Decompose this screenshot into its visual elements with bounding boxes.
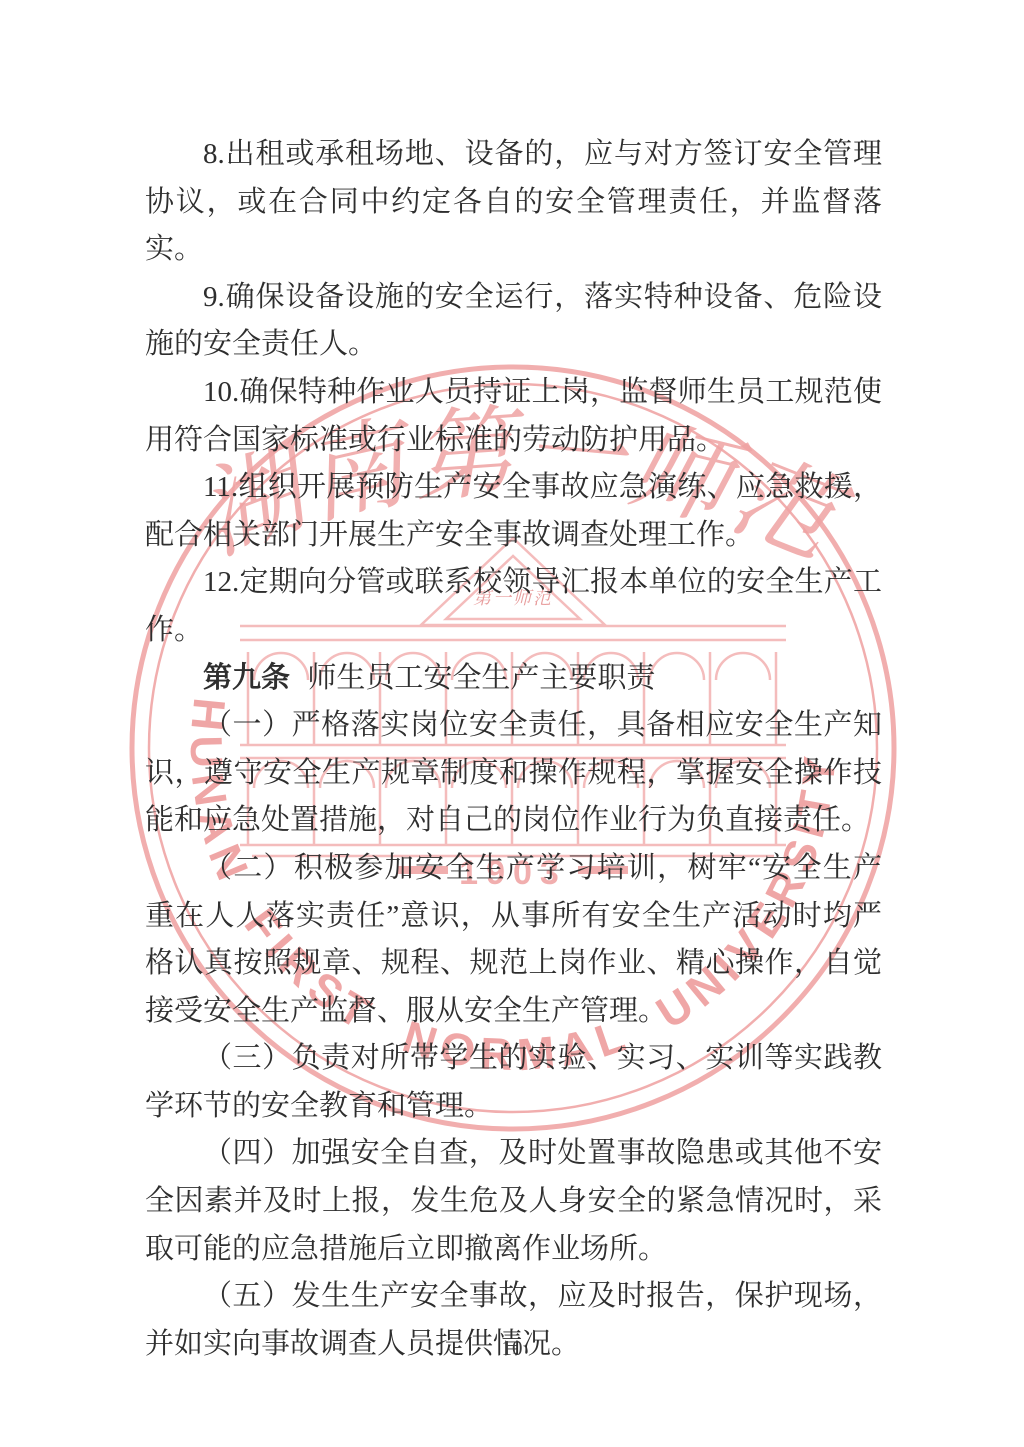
paragraph-sub-3: （三）负责对所带学生的实验、实习、实训等实践教学环节的安全教育和管理。 xyxy=(145,1035,882,1130)
paragraph-item-12: 12.定期向分管或联系校领导汇报本单位的安全生产工作。 xyxy=(145,559,882,654)
article-title-text: 师生员工安全生产主要职责 xyxy=(307,662,655,694)
paragraph-text: 9.确保设备设施的安全运行，落实特种设备、危险设施的安全责任人。 xyxy=(145,281,882,361)
document-body: 8.出租或承租场地、设备的，应与对方签订安全管理协议，或在合同中约定各自的安全管… xyxy=(145,131,882,1368)
paragraph-sub-4: （四）加强安全自查，及时处置事故隐患或其他不安全因素并及时上报，发生危及人身安全… xyxy=(145,1130,882,1273)
paragraph-text: 11.组织开展预防生产安全事故应急演练、应急救援，配合相关部门开展生产安全事故调… xyxy=(145,471,882,551)
paragraph-sub-2: （二）积极参加安全生产学习培训，树牢“安全生产重在人人落实责任”意识，从事所有安… xyxy=(145,845,882,1035)
article-number-label: 第九条 xyxy=(203,662,290,694)
paragraph-sub-1: （一）严格落实岗位安全责任，具备相应安全生产知识，遵守安全生产规章制度和操作规程… xyxy=(145,702,882,845)
paragraph-item-9: 9.确保设备设施的安全运行，落实特种设备、危险设施的安全责任人。 xyxy=(145,274,882,369)
paragraph-text: 10.确保特种作业人员持证上岗，监督师生员工规范使用符合国家标准或行业标准的劳动… xyxy=(145,376,882,456)
page-number: 10 xyxy=(0,1336,1024,1361)
paragraph-text: （三）负责对所带学生的实验、实习、实训等实践教学环节的安全教育和管理。 xyxy=(145,1042,882,1122)
paragraph-article-9: 第九条师生员工安全生产主要职责 xyxy=(145,655,882,703)
paragraph-text: 12.定期向分管或联系校领导汇报本单位的安全生产工作。 xyxy=(145,566,882,646)
paragraph-text: （一）严格落实岗位安全责任，具备相应安全生产知识，遵守安全生产规章制度和操作规程… xyxy=(145,709,882,836)
paragraph-item-8: 8.出租或承租场地、设备的，应与对方签订安全管理协议，或在合同中约定各自的安全管… xyxy=(145,131,882,274)
paragraph-text: 8.出租或承租场地、设备的，应与对方签订安全管理协议，或在合同中约定各自的安全管… xyxy=(145,138,882,265)
paragraph-item-10: 10.确保特种作业人员持证上岗，监督师生员工规范使用符合国家标准或行业标准的劳动… xyxy=(145,369,882,464)
paragraph-text: （四）加强安全自查，及时处置事故隐患或其他不安全因素并及时上报，发生危及人身安全… xyxy=(145,1137,882,1264)
document-page: 湖南第一师范 第一师范 1903 HUNAN FIRST NO xyxy=(0,0,1024,1447)
paragraph-text: （二）积极参加安全生产学习培训，树牢“安全生产重在人人落实责任”意识，从事所有安… xyxy=(145,852,882,1027)
paragraph-item-11: 11.组织开展预防生产安全事故应急演练、应急救援，配合相关部门开展生产安全事故调… xyxy=(145,464,882,559)
